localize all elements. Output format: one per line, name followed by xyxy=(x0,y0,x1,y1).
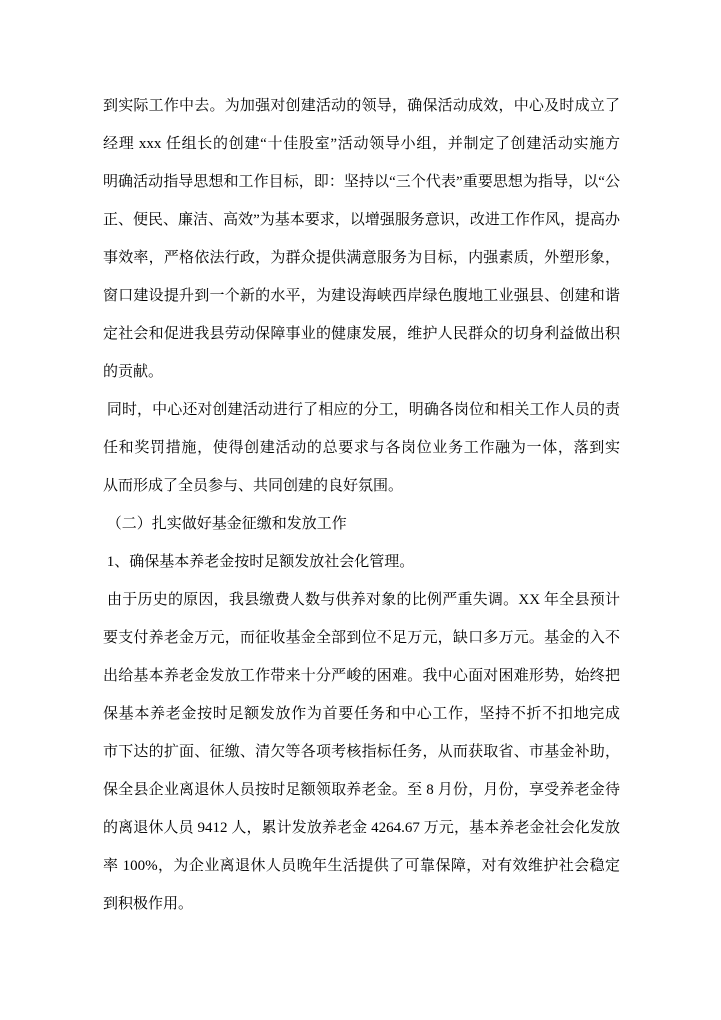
text-line: 要支付养老金万元，而征收基金全部到位不足万元，缺口多万元。基金的入不敷 xyxy=(103,619,620,657)
text-line: 同时，中心还对创建活动进行了相应的分工，明确各岗位和相关工作人员的责 xyxy=(103,391,620,429)
text-line: 保全县企业离退休人员按时足额领取养老金。至 8 月份，月份，享受养老金待遇 xyxy=(103,771,620,809)
text-line: 的贡献。 xyxy=(103,353,620,391)
text-line: 到实际工作中去。为加强对创建活动的领导，确保活动成效，中心及时成立了由 xyxy=(103,87,620,125)
subsection-heading: 1、确保基本养老金按时足额发放社会化管理。 xyxy=(103,543,620,581)
text-line: 经理 xxx 任组长的创建“十佳股室”活动领导小组，并制定了创建活动实施方案， xyxy=(103,125,620,163)
text-line: 定社会和促进我县劳动保障事业的健康发展，维护人民群众的切身利益做出积极 xyxy=(103,315,620,353)
text-line: 出给基本养老金发放工作带来十分严峻的困难。我中心面对困难形势，始终把确 xyxy=(103,657,620,695)
text-line: 从而形成了全员参与、共同创建的良好氛围。 xyxy=(103,467,620,505)
text-line: 保基本养老金按时足额发放作为首要任务和中心工作，坚持不折不扣地完成省、 xyxy=(103,695,620,733)
section-heading: （二）扎实做好基金征缴和发放工作 xyxy=(103,505,620,543)
text-line: 事效率，严格依法行政，为群众提供满意服务为目标，内强素质，外塑形象，把 xyxy=(103,239,620,277)
text-line: 到积极作用。 xyxy=(103,885,620,923)
text-line: 市下达的扩面、征缴、清欠等各项考核指标任务，从而获取省、市基金补助，确 xyxy=(103,733,620,771)
text-line: 率 100%，为企业离退休人员晚年生活提供了可靠保障，对有效维护社会稳定起 xyxy=(103,847,620,885)
text-line: 正、便民、廉洁、高效”为基本要求，以增强服务意识，改进工作作风，提高办 xyxy=(103,201,620,239)
document-page: 到实际工作中去。为加强对创建活动的领导，确保活动成效，中心及时成立了由 经理 x… xyxy=(0,0,721,1020)
text-line: 由于历史的原因，我县缴费人数与供养对象的比例严重失调。XX 年全县预计需 xyxy=(103,581,620,619)
text-line: 窗口建设提升到一个新的水平，为建设海峡西岸绿色腹地工业强县、创建和谐稳 xyxy=(103,277,620,315)
text-line: 明确活动指导思想和工作目标，即：坚持以“三个代表”重要思想为指导，以“公 xyxy=(103,163,620,201)
text-line: 的离退休人员 9412 人，累计发放养老金 4264.67 万元，基本养老金社会… xyxy=(103,809,620,847)
text-line: 任和奖罚措施，使得创建活动的总要求与各岗位业务工作融为一体，落到实处， xyxy=(103,429,620,467)
document-body: 到实际工作中去。为加强对创建活动的领导，确保活动成效，中心及时成立了由 经理 x… xyxy=(103,87,620,923)
